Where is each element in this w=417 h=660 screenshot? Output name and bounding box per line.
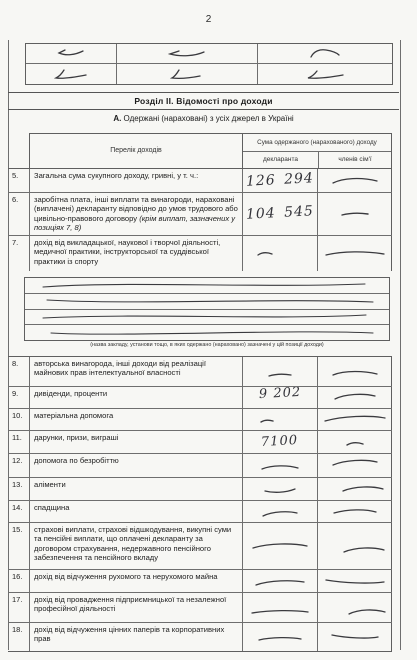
table-row: 11. дарунки, призи, виграші 7100 (8, 430, 392, 453)
ruled-line (25, 325, 389, 340)
pen-stroke-icon (54, 67, 88, 81)
declarant-value-cell (243, 593, 318, 622)
pen-stroke-icon (331, 457, 379, 469)
row-number: 12. (8, 454, 29, 477)
column-header-family: членів сім'ї (319, 152, 391, 168)
column-header-declarant: декларанта (243, 152, 319, 168)
family-value-cell (318, 478, 392, 500)
pen-stroke-icon (251, 540, 309, 552)
pen-stroke-icon (330, 630, 380, 642)
subsection-title: А. Одержані (нараховані) з усіх джерел в… (8, 114, 399, 123)
pen-stroke-icon (331, 368, 379, 380)
family-value-cell (318, 501, 392, 522)
pen-stroke-icon (256, 249, 274, 259)
table-row: 7. дохід від викладацької, наукової і тв… (8, 235, 392, 271)
pen-stroke-icon (342, 544, 386, 556)
table-row: 10. матеріальна допомога (8, 408, 392, 430)
pen-stroke-icon (332, 506, 378, 518)
pen-stroke-icon (324, 248, 386, 260)
continuation-cell (258, 64, 392, 84)
continuation-cell (117, 44, 258, 64)
row-number: 7. (8, 236, 29, 271)
row-label: дивіденди, проценти (29, 387, 243, 408)
pen-stroke-icon (341, 483, 385, 495)
continuation-cell (117, 64, 258, 84)
continuation-cell (258, 44, 392, 64)
declarant-value-cell: 7100 (243, 431, 318, 453)
pen-stroke-icon (39, 311, 369, 323)
row-label: спадщина (29, 501, 243, 522)
pen-stroke-icon (56, 48, 86, 60)
family-value-cell (318, 387, 392, 408)
section-title: Розділ II. Відомості про доходи (134, 96, 272, 106)
income-table: Перелік доходів Сума одержаного (нарахов… (8, 133, 392, 652)
pen-stroke-icon (305, 67, 345, 81)
table-row: 6. заробітна плата, інші виплати та вина… (8, 192, 392, 235)
table-row: 18. дохід від відчуження цінних паперів … (8, 622, 392, 652)
pen-stroke-icon (263, 485, 297, 497)
ruled-line (25, 294, 389, 310)
declarant-value-cell (243, 623, 318, 651)
family-value-cell (318, 623, 392, 651)
table-row: 9. дивіденди, проценти 9 202 (8, 386, 392, 408)
declarant-value-cell (243, 454, 318, 477)
row-label: матеріальна допомога (29, 409, 243, 430)
pen-stroke-icon (39, 279, 369, 291)
pen-stroke-icon (331, 175, 379, 187)
table-row: 12. допомога по безробіттю (8, 453, 392, 477)
continuation-table (25, 43, 393, 85)
page-number: 2 (0, 14, 417, 25)
table-row: 14. спадщина (8, 500, 392, 522)
pen-stroke-icon (260, 462, 300, 474)
column-header-income-list: Перелік доходів (29, 133, 243, 168)
declarant-value-cell (243, 501, 318, 522)
pen-stroke-icon (45, 295, 375, 307)
declarant-value-cell (243, 357, 318, 386)
declarant-value-cell (243, 236, 318, 271)
pen-stroke-icon (324, 575, 386, 587)
declarant-value-cell: 9 202 (243, 387, 318, 408)
row-label: дарунки, призи, виграші (29, 431, 243, 453)
subsection-text: Одержані (нараховані) з усіх джерел в Ук… (124, 114, 294, 123)
pen-stroke-icon (345, 439, 365, 449)
declarant-value-cell (243, 478, 318, 500)
handwritten-value: 126 294 (246, 170, 315, 191)
pen-stroke-icon (259, 416, 275, 426)
pen-stroke-icon (347, 606, 387, 618)
row-number: 9. (8, 387, 29, 408)
family-value-cell (318, 169, 392, 192)
pen-stroke-icon (49, 327, 375, 339)
row-label: допомога по безробіттю (29, 454, 243, 477)
handwritten-value: 7100 (261, 433, 299, 451)
column-header-sum: Сума одержаного (нарахованого) доходу (243, 134, 391, 152)
income-table-header: Перелік доходів Сума одержаного (нарахов… (8, 133, 392, 168)
pen-stroke-icon (257, 633, 303, 645)
declarant-value-cell: 126 294 (243, 169, 318, 192)
declarant-value-cell: 104 545 (243, 193, 318, 235)
family-value-cell (318, 431, 392, 453)
declarant-value-cell (243, 570, 318, 592)
family-value-cell (318, 236, 392, 271)
family-value-cell (318, 409, 392, 430)
table-row: 17. дохід від провадження підприємницько… (8, 592, 392, 622)
family-value-cell (318, 193, 392, 235)
pen-stroke-icon (308, 47, 342, 61)
row-number: 11. (8, 431, 29, 453)
table-row: 15. страхові виплати, страхові відшкодув… (8, 522, 392, 569)
institution-lines-box (24, 277, 390, 341)
row-label: дохід від відчуження рухомого та нерухом… (29, 570, 243, 592)
scanned-declaration-page: 2 Розділ II. Відомості про доходи А. Оде… (0, 0, 417, 660)
ruled-line (25, 278, 389, 294)
row-number: 17. (8, 593, 29, 622)
row-number: 13. (8, 478, 29, 500)
row-label: аліменти (29, 478, 243, 500)
row-label: дохід від викладацької, наукової і творч… (29, 236, 243, 271)
row-number: 16. (8, 570, 29, 592)
table-row: 5. Загальна сума сукупного доходу, гривн… (8, 168, 392, 192)
row-label: авторська винагорода, інші доходи від ре… (29, 357, 243, 386)
row-label: дохід від відчуження цінних паперів та к… (29, 623, 243, 651)
row-label: Загальна сума сукупного доходу, гривні, … (29, 169, 243, 192)
row-number: 6. (8, 193, 29, 235)
ruled-line (25, 310, 389, 326)
family-value-cell (318, 570, 392, 592)
family-value-cell (318, 357, 392, 386)
subsection-letter: А. (113, 114, 121, 123)
row-number: 5. (8, 169, 29, 192)
row-number: 15. (8, 523, 29, 569)
family-value-cell (318, 593, 392, 622)
pen-stroke-icon (323, 413, 387, 425)
pen-stroke-icon (170, 67, 204, 81)
family-value-cell (318, 454, 392, 477)
pen-stroke-icon (267, 370, 293, 380)
pen-stroke-icon (167, 48, 207, 60)
row-label: заробітна плата, інші виплати та винагор… (29, 193, 243, 235)
row-number: 14. (8, 501, 29, 522)
continuation-cell (26, 64, 117, 84)
row-number: 18. (8, 623, 29, 651)
row-label: страхові виплати, страхові відшкодування… (29, 523, 243, 569)
pen-stroke-icon (333, 391, 377, 403)
table-row: 16. дохід від відчуження рухомого та нер… (8, 569, 392, 592)
header-number-spacer (8, 133, 29, 168)
pen-stroke-icon (254, 577, 306, 589)
row-number: 10. (8, 409, 29, 430)
table-row: 8. авторська винагорода, інші доходи від… (8, 356, 392, 386)
institution-caption: (назва закладу, установи тощо, в яких од… (24, 341, 390, 356)
declarant-value-cell (243, 523, 318, 569)
row-label: дохід від провадження підприємницької та… (29, 593, 243, 622)
handwritten-value: 104 545 (246, 203, 315, 224)
declarant-value-cell (243, 409, 318, 430)
family-value-cell (318, 523, 392, 569)
table-row: 13. аліменти (8, 477, 392, 500)
column-header-sum-group: Сума одержаного (нарахованого) доходу де… (243, 133, 392, 168)
row-number: 8. (8, 357, 29, 386)
handwritten-value: 9 202 (258, 387, 301, 404)
pen-stroke-icon (250, 606, 310, 618)
pen-stroke-icon (340, 209, 370, 219)
pen-stroke-icon (261, 508, 299, 520)
continuation-cell (26, 44, 117, 64)
section-title-band: Розділ II. Відомості про доходи (8, 92, 399, 110)
